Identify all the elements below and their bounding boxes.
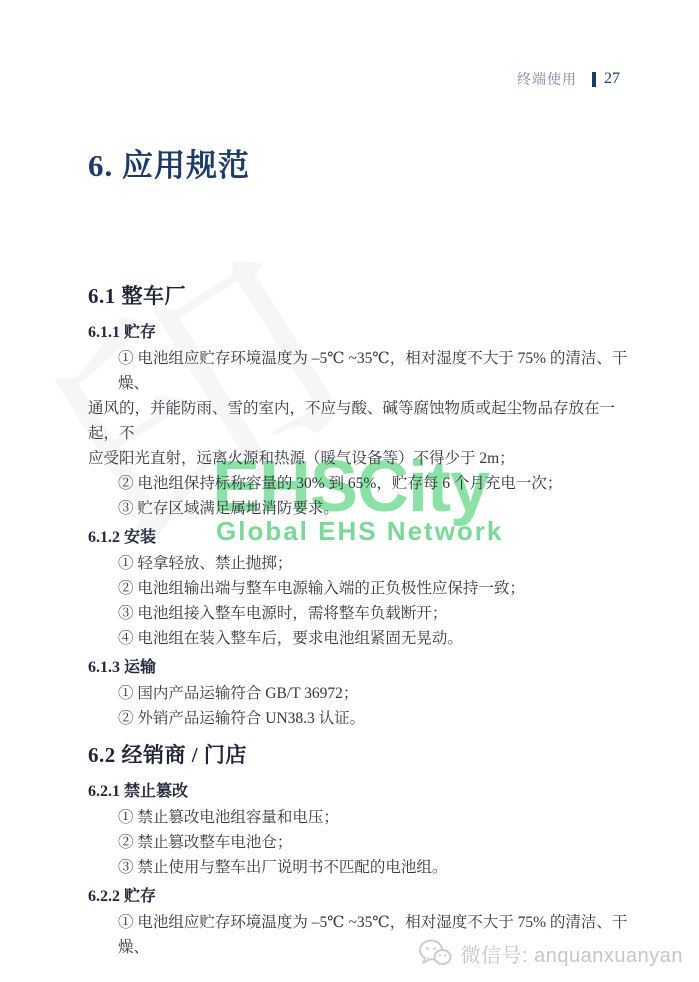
subsection-heading: 6.1.2 安装 [88, 525, 644, 551]
body-line: ② 电池组输出端与整车电源输入端的正负极性应保持一致； [88, 576, 644, 601]
body-line: ① 禁止篡改电池组容量和电压； [88, 805, 644, 830]
chapter-title: 6. 应用规范 [88, 140, 250, 185]
header-divider [592, 72, 596, 87]
body-line: ① 国内产品运输符合 GB/T 36972； [88, 681, 644, 706]
body-line: ③ 电池组接入整车电源时，需将整车负载断开； [88, 601, 644, 626]
section-heading: 6.2 经销商 / 门店 [88, 741, 644, 769]
body-line: ① 电池组应贮存环境温度为 –5℃ ~35℃，相对湿度不大于 75% 的清洁、干… [88, 346, 644, 396]
wechat-icon [418, 938, 452, 968]
page-number: 27 [604, 70, 620, 88]
body-line: ② 外销产品运输符合 UN38.3 认证。 [88, 706, 644, 731]
wechat-footer: 微信号: anquanxuanyan [418, 938, 683, 968]
subsection-heading: 6.1.3 运输 [88, 655, 644, 681]
wechat-id-label: 微信号: anquanxuanyan [461, 939, 683, 968]
body-line: ② 电池组保持标称容量的 30% 到 65%，贮存每 6 个月充电一次； [88, 471, 644, 496]
subsection-heading: 6.1.1 贮存 [88, 320, 644, 346]
body-line: ③ 禁止使用与整车出厂说明书不匹配的电池组。 [88, 855, 644, 880]
body-line: ① 轻拿轻放、禁止抛掷； [88, 551, 644, 576]
subsection-heading: 6.2.1 禁止篡改 [88, 779, 644, 805]
document-body: 6.1 整车厂6.1.1 贮存① 电池组应贮存环境温度为 –5℃ ~35℃，相对… [88, 282, 644, 960]
body-line: ② 禁止篡改整车电池仓； [88, 830, 644, 855]
header-section-label: 终端使用 [517, 69, 577, 89]
body-line: 应受阳光直射，远离火源和热源（暖气设备等）不得少于 2m； [88, 446, 644, 471]
page-header: 终端使用 27 [517, 69, 620, 89]
subsection-heading: 6.2.2 贮存 [88, 884, 644, 910]
body-line: ④ 电池组在装入整车后，要求电池组紧固无晃动。 [88, 626, 644, 651]
document-page: 终端使用 27 6. 应用规范 印 EHSCity Global EHS Net… [0, 0, 699, 982]
section-heading: 6.1 整车厂 [88, 282, 644, 310]
body-line: ③ 贮存区域满足属地消防要求。 [88, 496, 644, 521]
body-line: 通风的，并能防雨、雪的室内，不应与酸、碱等腐蚀物质或起尘物品存放在一起，不 [88, 396, 644, 446]
